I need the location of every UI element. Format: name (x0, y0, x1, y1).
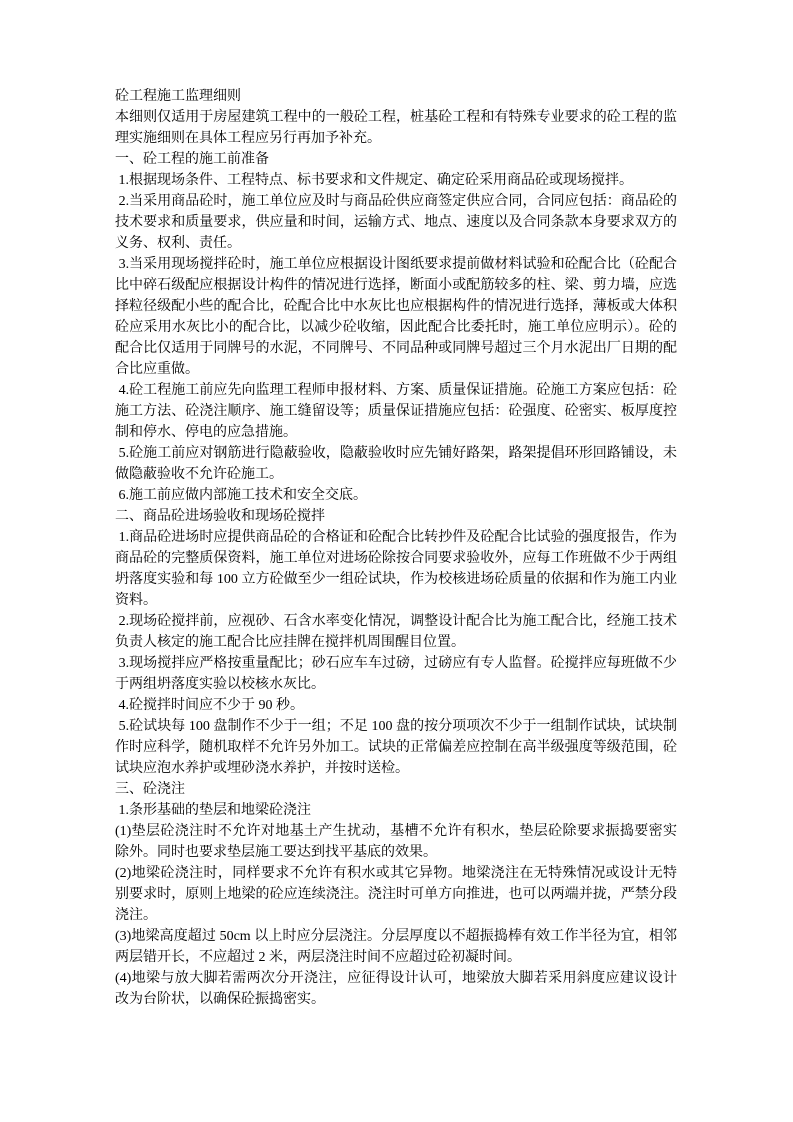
paragraph: 4.砼工程施工前应先向监理工程师申报材料、方案、质量保证措施。砼施工方案应包括：… (115, 380, 677, 443)
paragraph: 5.砼试块每 100 盘制作不少于一组；不足 100 盘的按分项项次不少于一组制… (115, 716, 677, 779)
paragraph: 6.施工前应做内部施工技术和安全交底。 (115, 485, 677, 506)
document-title: 砼工程施工监理细则 (115, 86, 677, 107)
paragraph: 1.根据现场条件、工程特点、标书要求和文件规定、确定砼采用商品砼或现场搅拌。 (115, 170, 677, 191)
paragraph: 5.砼施工前应对钢筋进行隐蔽验收，隐蔽验收时应先铺好路架，路架提倡环形回路铺设，… (115, 443, 677, 485)
document-paragraphs: 本细则仅适用于房屋建筑工程中的一般砼工程，桩基砼工程和有特殊专业要求的砼工程的监… (115, 107, 677, 1010)
paragraph: (3)地梁高度超过 50cm 以上时应分层浇注。分层厚度以不超振捣棒有效工作半径… (115, 926, 677, 968)
paragraph: 3.现场搅拌应严格按重量配比；砂石应车车过磅，过磅应有专人监督。砼搅拌应每班做不… (115, 653, 677, 695)
document-content: 砼工程施工监理细则 本细则仅适用于房屋建筑工程中的一般砼工程，桩基砼工程和有特殊… (115, 86, 677, 1010)
paragraph: (1)垫层砼浇注时不允许对地基土产生扰动，基槽不允许有积水，垫层砼除要求振捣要密… (115, 821, 677, 863)
document-page: 砼工程施工监理细则 本细则仅适用于房屋建筑工程中的一般砼工程，桩基砼工程和有特殊… (0, 0, 793, 1122)
paragraph: 4.砼搅拌时间应不少于 90 秒。 (115, 695, 677, 716)
paragraph: 一、砼工程的施工前准备 (115, 149, 677, 170)
paragraph: 二、商品砼进场验收和现场砼搅拌 (115, 506, 677, 527)
paragraph: 2.现场砼搅拌前，应视砂、石含水率变化情况，调整设计配合比为施工配合比，经施工技… (115, 611, 677, 653)
paragraph: 1.商品砼进场时应提供商品砼的合格证和砼配合比转抄件及砼配合比试验的强度报告，作… (115, 527, 677, 611)
paragraph: 2.当采用商品砼时，施工单位应及时与商品砼供应商签定供应合同，合同应包括：商品砼… (115, 191, 677, 254)
paragraph: 1.条形基础的垫层和地梁砼浇注 (115, 800, 677, 821)
paragraph: (2)地梁砼浇注时，同样要求不允许有积水或其它异物。地梁浇注在无特殊情况或设计无… (115, 863, 677, 926)
paragraph: 3.当采用现场搅拌砼时，施工单位应根据设计图纸要求提前做材料试验和砼配合比（砼配… (115, 254, 677, 380)
paragraph: 本细则仅适用于房屋建筑工程中的一般砼工程，桩基砼工程和有特殊专业要求的砼工程的监… (115, 107, 677, 149)
paragraph: (4)地梁与放大脚若需两次分开浇注，应征得设计认可，地梁放大脚若采用斜度应建议设… (115, 968, 677, 1010)
paragraph: 三、砼浇注 (115, 779, 677, 800)
